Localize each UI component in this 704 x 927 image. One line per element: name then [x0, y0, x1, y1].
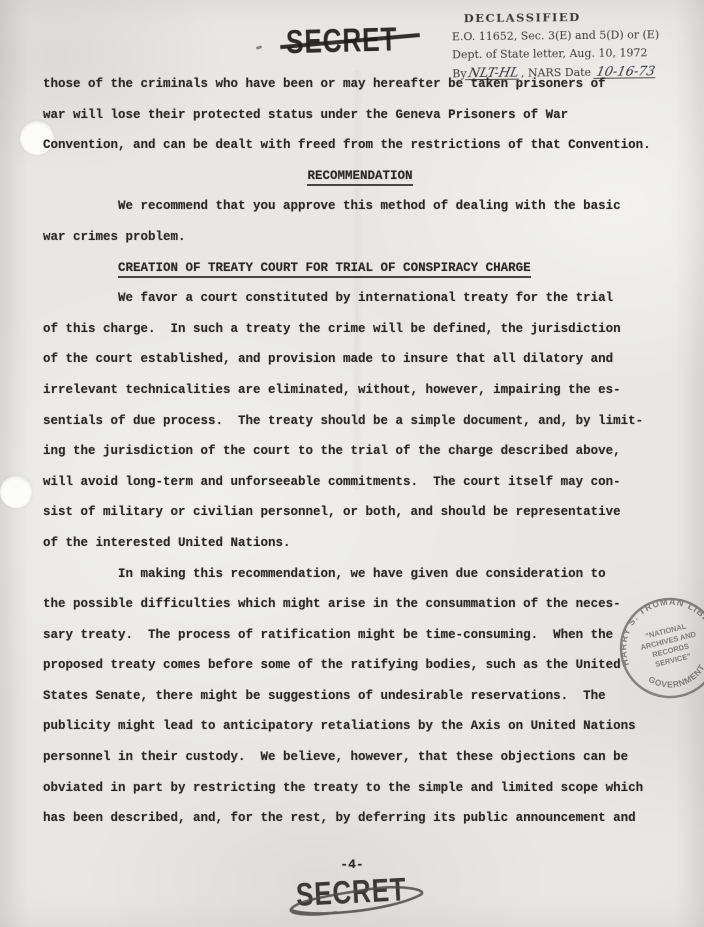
text-line: obviated in part by restricting the trea… — [43, 781, 677, 812]
text-line: sist of military or civilian personnel, … — [43, 505, 677, 536]
text-line: war will lose their protected status und… — [43, 108, 677, 139]
text-line: personnel in their custody. We believe, … — [43, 750, 677, 781]
hole-punch-middle — [0, 476, 32, 508]
text-line: We recommend that you approve this metho… — [43, 199, 677, 230]
text-line: those of the criminals who have been or … — [43, 77, 677, 108]
heading-line: RECOMMENDATION — [43, 169, 677, 200]
text-line: sary treaty. The process of ratification… — [43, 628, 677, 659]
underlined-heading-text: CREATION OF TREATY COURT FOR TRIAL OF CO… — [118, 261, 531, 278]
ink-speck — [256, 45, 263, 50]
declassification-stamp: DECLASSIFIED E.O. 11652, Sec. 3(E) and 5… — [452, 7, 704, 84]
document-page: SECRET DECLASSIFIED E.O. 11652, Sec. 3(E… — [0, 0, 704, 927]
text-line: war crimes problem. — [43, 230, 677, 261]
secret-stamp-bottom: SECRET — [295, 871, 428, 914]
text-line: proposed treaty comes before some of the… — [43, 658, 677, 689]
text-line: has been described, and, for the rest, b… — [43, 811, 677, 842]
declassified-title: DECLASSIFIED — [464, 7, 704, 28]
secret-stamp-top: SECRET — [286, 20, 423, 61]
page-number: -4- — [0, 857, 704, 872]
document-body: those of the criminals who have been or … — [43, 77, 677, 842]
text-line: States Senate, there might be suggestion… — [43, 689, 677, 720]
text-line: Convention, and can be dealt with freed … — [43, 138, 677, 169]
text-line: ing the jurisdiction of the court to the… — [43, 444, 677, 475]
text-line: irrelevant technicalities are eliminated… — [43, 383, 677, 414]
text-line: will avoid long-term and unforseeable co… — [43, 475, 677, 506]
text-line: sentials of due process. The treaty shou… — [43, 414, 677, 445]
text-line: We favor a court constituted by internat… — [43, 291, 677, 322]
text-line: In making this recommendation, we have g… — [43, 567, 677, 598]
text-line: the possible difficulties which might ar… — [43, 597, 677, 628]
underlined-heading-text: RECOMMENDATION — [307, 169, 412, 186]
text-line: of the interested United Nations. — [43, 536, 677, 567]
heading-line: CREATION OF TREATY COURT FOR TRIAL OF CO… — [43, 261, 677, 292]
scribble-crossout — [279, 872, 441, 927]
text-line: of this charge. In such a treaty the cri… — [43, 322, 677, 353]
text-line: of the court established, and provision … — [43, 352, 677, 383]
text-line: publicity might lead to anticipatory ret… — [43, 719, 677, 750]
